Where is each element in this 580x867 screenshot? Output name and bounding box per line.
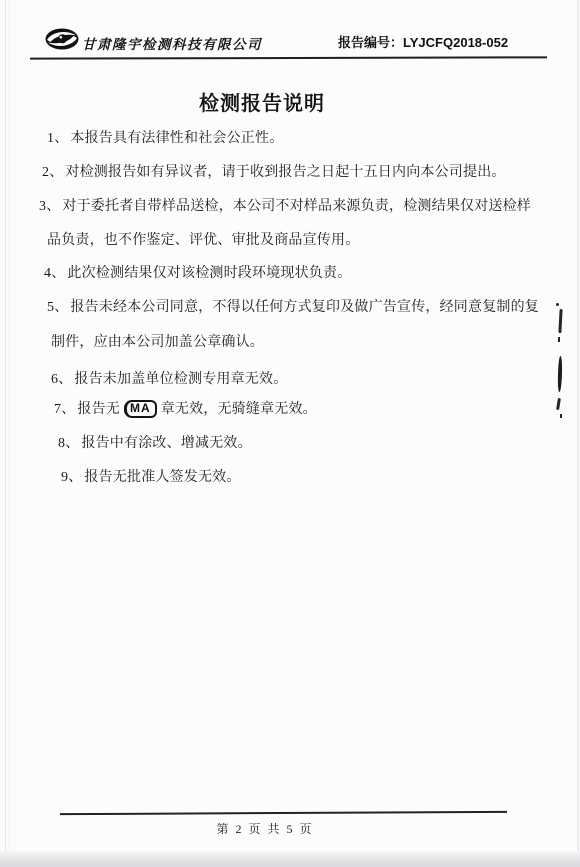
header-divider (30, 56, 547, 59)
note-number: 5、 (47, 300, 68, 315)
company-logo-swirl-eye-icon (44, 27, 80, 56)
note-item-9: 9、报告无批准人签发无效。 (61, 466, 241, 486)
page-number: 第 2 页 共 5 页 (0, 820, 530, 837)
report-number-label: 报告编号： (338, 35, 403, 50)
ink-bleed-mark (558, 337, 560, 342)
note-text: 章无效，无骑缝章无效。 (161, 402, 317, 417)
note-item-8: 8、报告中有涂改、增减无效。 (58, 432, 252, 452)
note-number: 1、 (47, 131, 68, 146)
ink-bleed-mark (556, 398, 561, 410)
report-number-value: LYJCFQ2018-052 (403, 35, 508, 50)
footer-divider (60, 811, 507, 815)
note-text: 制件，应由本公司加盖公章确认。 (51, 335, 264, 350)
note-text: 对于委托者自带样品送检，本公司不对样品来源负责，检测结果仅对送检样 (62, 199, 531, 214)
note-item-3-continued: 品负责，也不作鉴定、评优、审批及商品宣传用。 (47, 229, 359, 249)
cma-certification-mark: MA (124, 400, 157, 418)
note-item-1: 1、本报告具有法律性和社会公正性。 (47, 127, 283, 147)
note-number: 9、 (61, 470, 82, 485)
scan-edge-line (5, 0, 6, 867)
report-number: 报告编号：LYJCFQ2018-052 (338, 32, 508, 51)
company-name: 甘肃隆宇检测科技有限公司 (82, 33, 262, 53)
note-text: 报告中有涂改、增减无效。 (81, 436, 251, 451)
note-item-7: 7、报告无MA章无效，无骑缝章无效。 (54, 398, 317, 419)
page-title: 检测报告说明 (0, 87, 524, 116)
note-number: 3、 (39, 199, 60, 214)
ink-bleed-mark (557, 356, 562, 392)
note-number: 2、 (42, 165, 63, 180)
ink-bleed-mark (560, 414, 562, 418)
ink-bleed-mark (558, 309, 562, 333)
note-number: 4、 (44, 266, 65, 281)
note-number: 6、 (51, 372, 72, 387)
note-number: 8、 (58, 436, 79, 451)
note-item-5: 5、报告未经本公司同意，不得以任何方式复印及做广告宣传，经同意复制的复 (47, 296, 539, 316)
note-number: 7、 (54, 402, 75, 417)
note-text: 报告无批准人签发无效。 (84, 470, 240, 485)
ink-bleed-mark (556, 303, 559, 306)
note-item-6: 6、报告未加盖单位检测专用章无效。 (51, 368, 287, 388)
note-text: 品负责，也不作鉴定、评优、审批及商品宣传用。 (47, 233, 359, 248)
scan-edge-line (577, 0, 579, 867)
note-text: 此次检测结果仅对该检测时段环境现状负责。 (67, 266, 351, 281)
note-text: 本报告具有法律性和社会公正性。 (70, 131, 283, 146)
note-item-2: 2、对检测报告如有异议者，请于收到报告之日起十五日内向本公司提出。 (42, 161, 506, 181)
note-text: 报告未经本公司同意，不得以任何方式复印及做广告宣传，经同意复制的复 (70, 300, 539, 315)
note-item-5-continued: 制件，应由本公司加盖公章确认。 (51, 331, 264, 351)
note-text: 报告未加盖单位检测专用章无效。 (74, 372, 287, 387)
note-item-3: 3、对于委托者自带样品送检，本公司不对样品来源负责，检测结果仅对送检样 (39, 195, 531, 215)
scan-edge-line (9, 0, 10, 867)
note-text: 报告无 (77, 402, 120, 417)
note-item-4: 4、此次检测结果仅对该检测时段环境现状负责。 (44, 262, 351, 282)
note-text: 对检测报告如有异议者，请于收到报告之日起十五日内向本公司提出。 (65, 165, 505, 180)
scan-bottom-edge (0, 851, 580, 867)
scanned-report-page: 甘肃隆宇检测科技有限公司 报告编号：LYJCFQ2018-052 检测报告说明 … (0, 0, 580, 867)
